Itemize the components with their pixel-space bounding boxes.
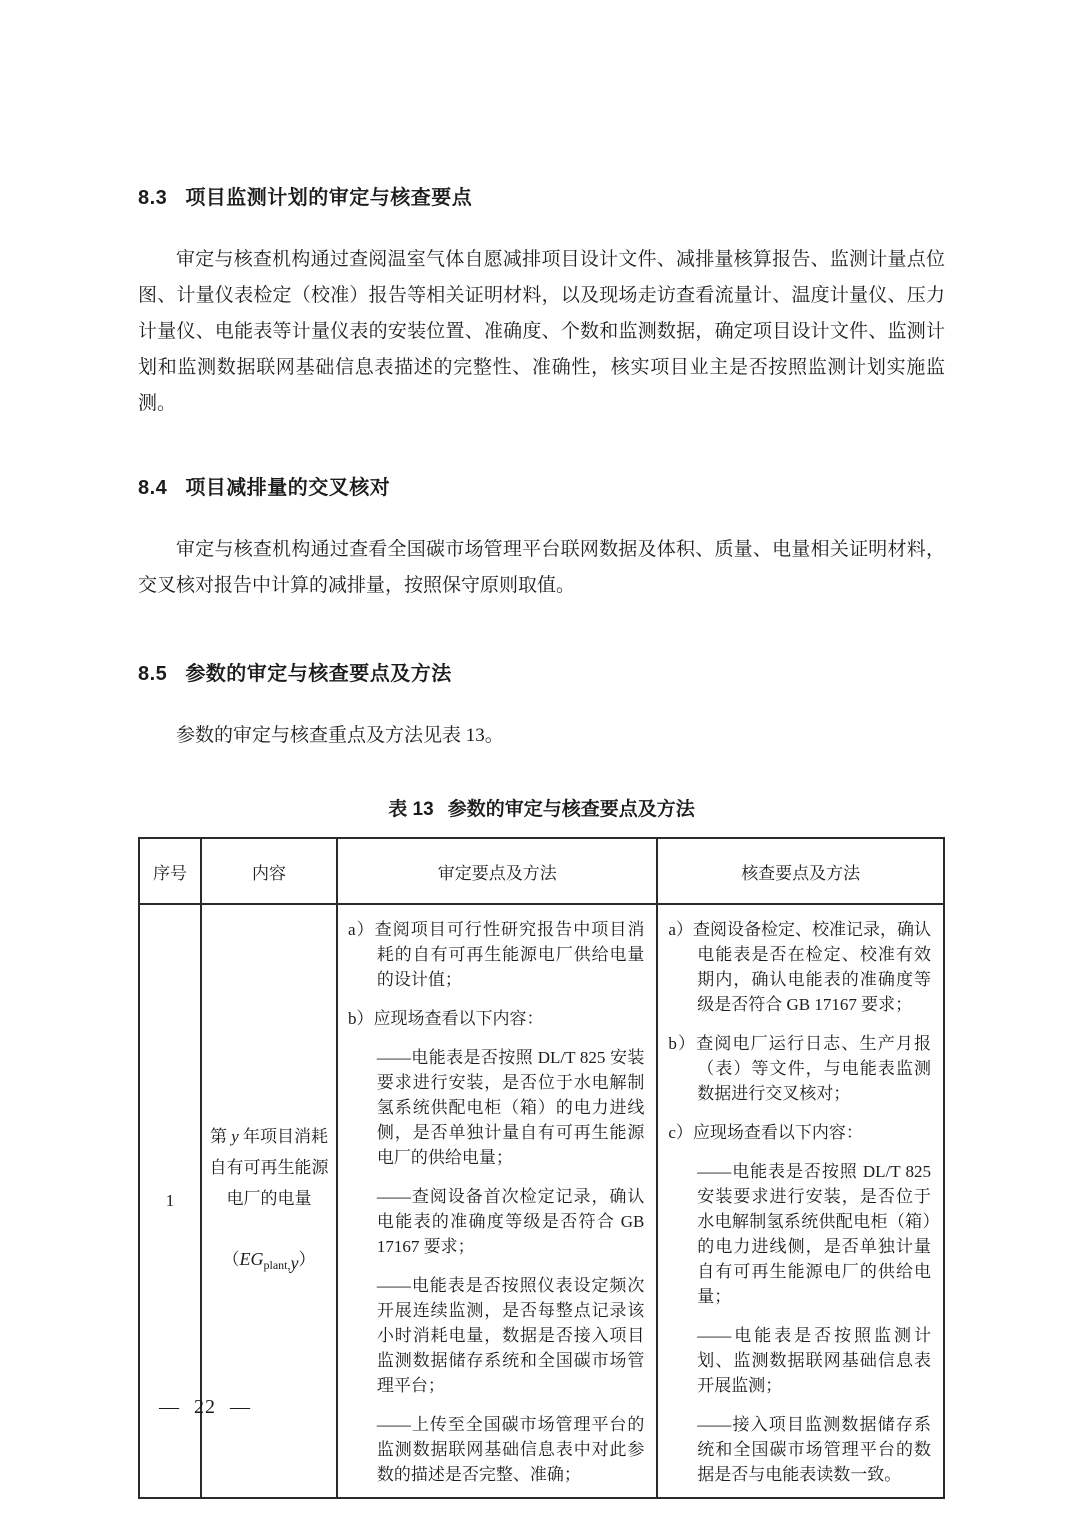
check-points-cell: a）查阅设备检定、校准记录，确认电能表是否在检定、校准有效期内，确认电能表的准确… bbox=[657, 904, 944, 1498]
verify-item-dash-3: ——电能表是否按照仪表设定频次开展连续监测，是否每整点记录该小时消耗电量，数据是… bbox=[348, 1273, 644, 1398]
header-cell-check: 核查要点及方法 bbox=[657, 838, 944, 904]
table-caption-number: 表 13 bbox=[388, 799, 433, 820]
content-text: 年项目消耗 bbox=[239, 1127, 328, 1146]
section-number: 8.3 bbox=[138, 187, 167, 209]
section-8-3-paragraph: 审定与核查机构通过查阅温室气体自愿减排项目设计文件、减排量核算报告、监测计量点位… bbox=[138, 242, 945, 422]
page-footer: —22— bbox=[145, 1396, 265, 1419]
top-margin bbox=[138, 0, 945, 184]
symbol-subscript: plant,y bbox=[264, 1258, 299, 1272]
section-number: 8.5 bbox=[138, 663, 167, 685]
subscript-static: plant, bbox=[264, 1258, 291, 1272]
section-number: 8.4 bbox=[138, 477, 167, 499]
page-number: 22 bbox=[194, 1396, 216, 1418]
check-item-dash-1: ——电能表是否按照 DL/T 825 安装要求进行安装，是否位于水电解制氢系统供… bbox=[668, 1159, 931, 1309]
subscript-variable: y bbox=[291, 1253, 299, 1273]
symbol-base: EG bbox=[240, 1249, 264, 1269]
header-cell-index: 序号 bbox=[139, 838, 201, 904]
table-gap bbox=[138, 754, 945, 794]
section-heading-8-3: 8.3项目监测计划的审定与核查要点 bbox=[138, 184, 945, 212]
section-heading-8-5: 8.5参数的审定与核查要点及方法 bbox=[138, 660, 945, 688]
paren-open: （ bbox=[223, 1250, 240, 1269]
verify-item-a: a）查阅项目可行性研究报告中项目消耗的自有可再生能源电厂供给电量的设计值； bbox=[348, 917, 644, 992]
table-caption-title: 参数的审定与核查要点及方法 bbox=[448, 799, 695, 820]
content-line-2: 自有可再生能源 bbox=[208, 1152, 330, 1183]
check-item-c: c）应现场查看以下内容： bbox=[668, 1120, 931, 1145]
check-item-dash-3: ——接入项目监测数据储存系统和全国碳市场管理平台的数据是否与电能表读数一致。 bbox=[668, 1412, 931, 1487]
section-8-5-paragraph: 参数的审定与核查重点及方法见表 13。 bbox=[138, 718, 945, 754]
verify-item-dash-2: ——查阅设备首次检定记录，确认电能表的准确度等级是否符合 GB 17167 要求… bbox=[348, 1184, 644, 1259]
parameter-symbol: （EGplant,y） bbox=[208, 1244, 330, 1281]
section-title: 项目监测计划的审定与核查要点 bbox=[185, 187, 472, 209]
table-header-row: 序号 内容 审定要点及方法 核查要点及方法 bbox=[139, 838, 944, 904]
header-cell-content: 内容 bbox=[201, 838, 337, 904]
paren-close: ） bbox=[299, 1250, 316, 1269]
footer-dash-right: — bbox=[230, 1396, 251, 1418]
section-gap bbox=[138, 604, 945, 660]
content-line-3: 电厂的电量 bbox=[208, 1183, 330, 1214]
verify-points-cell: a）查阅项目可行性研究报告中项目消耗的自有可再生能源电厂供给电量的设计值； b）… bbox=[337, 904, 657, 1498]
check-item-dash-2: ——电能表是否按照监测计划、监测数据联网基础信息表开展监测； bbox=[668, 1323, 931, 1398]
check-item-a: a）查阅设备检定、校准记录，确认电能表是否在检定、校准有效期内，确认电能表的准确… bbox=[668, 917, 931, 1017]
footer-dash-left: — bbox=[159, 1396, 180, 1418]
header-cell-verify: 审定要点及方法 bbox=[337, 838, 657, 904]
section-8-4-paragraph: 审定与核查机构通过查看全国碳市场管理平台联网数据及体积、质量、电量相关证明材料，… bbox=[138, 532, 945, 604]
table-caption: 表 13参数的审定与核查要点及方法 bbox=[138, 794, 945, 821]
section-heading-8-4: 8.4项目减排量的交叉核对 bbox=[138, 474, 945, 502]
verify-item-dash-1: ——电能表是否按照 DL/T 825 安装要求进行安装，是否位于水电解制氢系统供… bbox=[348, 1045, 644, 1170]
section-gap bbox=[138, 422, 945, 474]
section-title: 参数的审定与核查要点及方法 bbox=[185, 663, 452, 685]
verify-item-b: b）应现场查看以下内容： bbox=[348, 1006, 644, 1031]
document-page: 8.3项目监测计划的审定与核查要点 审定与核查机构通过查阅温室气体自愿减排项目设… bbox=[138, 0, 945, 1499]
check-item-b: b）查阅电厂运行日志、生产月报（表）等文件，与电能表监测数据进行交叉核对； bbox=[668, 1031, 931, 1106]
content-text: 第 bbox=[210, 1127, 231, 1146]
variable-y: y bbox=[231, 1127, 239, 1146]
section-title: 项目减排量的交叉核对 bbox=[185, 477, 390, 499]
verify-item-dash-4: ——上传至全国碳市场管理平台的监测数据联网基础信息表中对此参数的描述是否完整、准… bbox=[348, 1412, 644, 1487]
content-line-1: 第 y 年项目消耗 bbox=[208, 1121, 330, 1152]
